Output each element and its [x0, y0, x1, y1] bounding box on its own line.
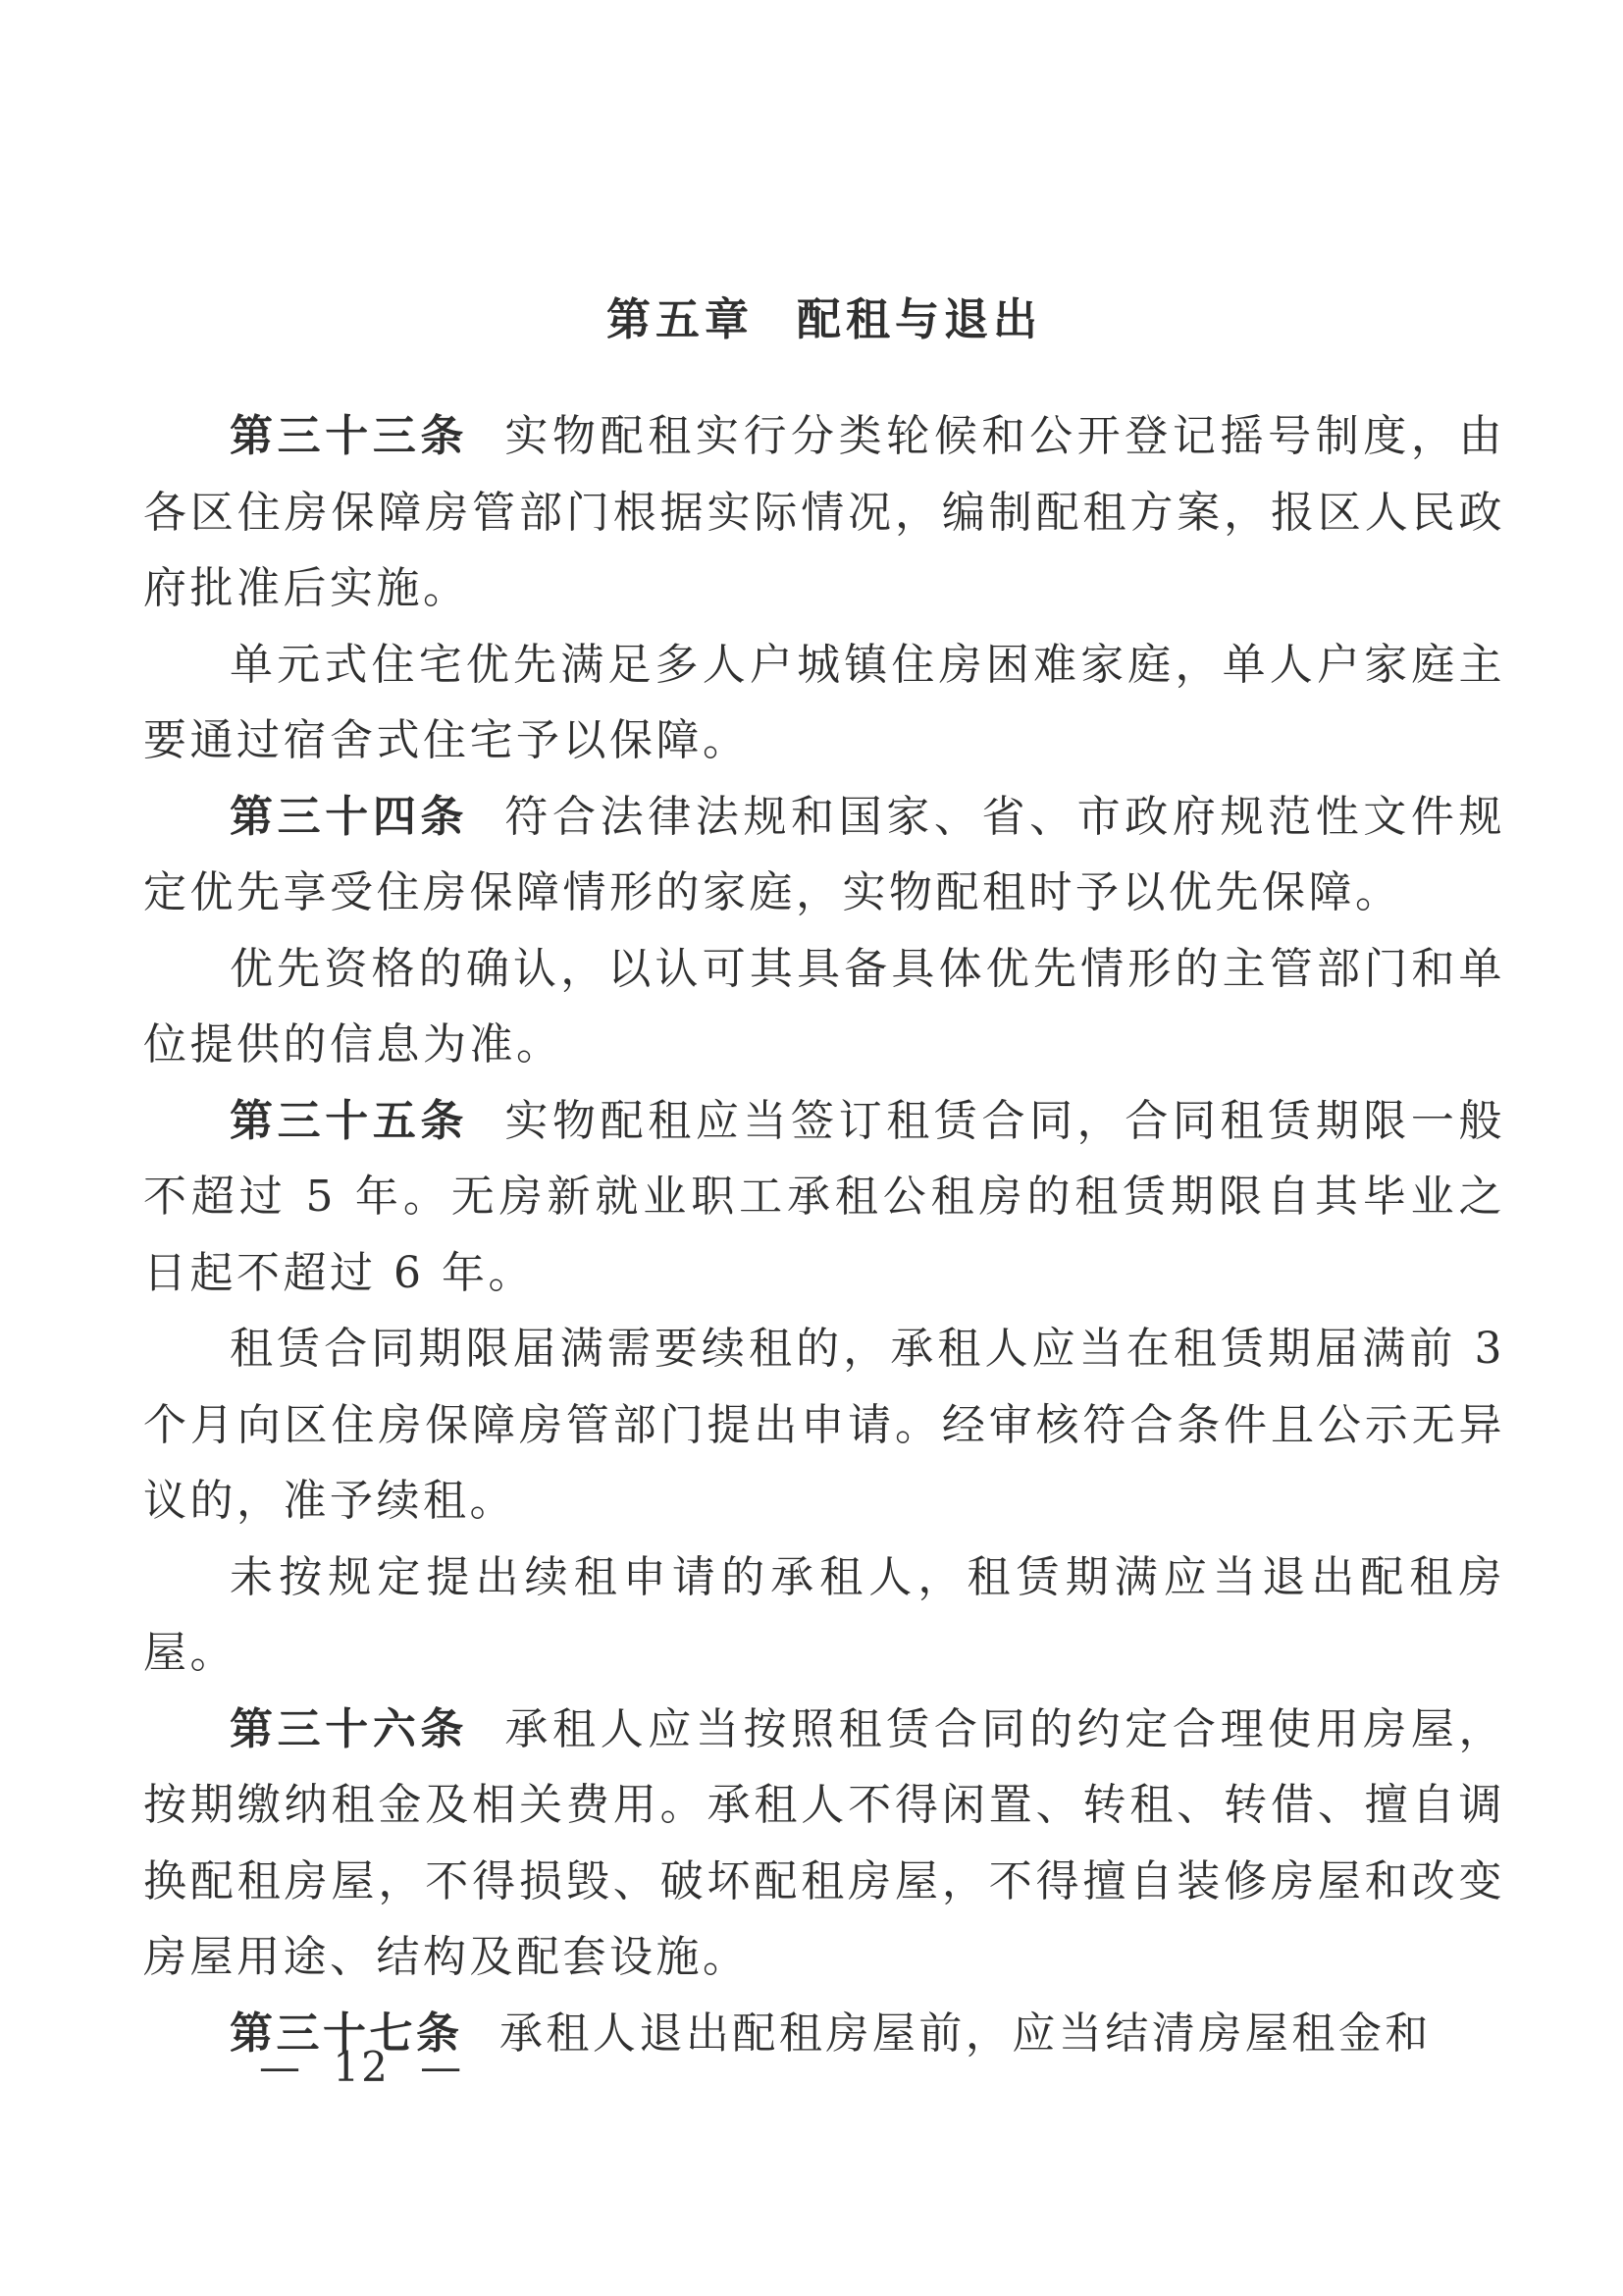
paragraph: 单元式住宅优先满足多人户城镇住房困难家庭，单人户家庭主要通过宿舍式住宅予以保障。: [143, 627, 1505, 779]
page-number: — 12 —: [259, 2043, 463, 2091]
paragraph-article-36: 第三十六条承租人应当按照租赁合同的约定合理使用房屋，按期缴纳租金及相关费用。承租…: [143, 1692, 1505, 1996]
article-number-35: 第三十五条: [230, 1096, 468, 1146]
paragraph-article-33: 第三十三条实物配租实行分类轮候和公开登记摇号制度，由各区住房保障房管部门根据实际…: [143, 398, 1505, 627]
paragraph-article-34: 第三十四条符合法律法规和国家、省、市政府规范性文件规定优先享受住房保障情形的家庭…: [143, 779, 1505, 931]
chapter-number: 第五章: [606, 293, 754, 345]
paragraph-text: 租赁合同期限届满需要续租的，承租人应当在租赁期届满前 3 个月向区住房保障房管部…: [143, 1324, 1505, 1526]
paragraph-text: 承租人退出配租房屋前，应当结清房屋租金和: [499, 2009, 1432, 2059]
paragraph: 租赁合同期限届满需要续租的，承租人应当在租赁期届满前 3 个月向区住房保障房管部…: [143, 1311, 1505, 1539]
article-number-34: 第三十四条: [230, 792, 468, 842]
chapter-title: 第五章配租与退出: [143, 290, 1505, 349]
article-number-33: 第三十三条: [230, 411, 468, 461]
paragraph-article-35: 第三十五条实物配租应当签订租赁合同，合同租赁期限一般不超过 5 年。无房新就业职…: [143, 1083, 1505, 1312]
article-number-36: 第三十六条: [230, 1704, 468, 1754]
paragraph-text: 单元式住宅优先满足多人户城镇住房困难家庭，单人户家庭主要通过宿舍式住宅予以保障。: [143, 640, 1505, 766]
document-page: 第五章配租与退出 第三十三条实物配租实行分类轮候和公开登记摇号制度，由各区住房保…: [0, 0, 1623, 2296]
paragraph: 未按规定提出续租申请的承租人，租赁期满应当退出配租房屋。: [143, 1539, 1505, 1692]
paragraph: 优先资格的确认，以认可其具备具体优先情形的主管部门和单位提供的信息为准。: [143, 931, 1505, 1083]
paragraph-text: 优先资格的确认，以认可其具备具体优先情形的主管部门和单位提供的信息为准。: [143, 944, 1505, 1070]
page-number-label: — 12 —: [259, 2043, 463, 2091]
chapter-name: 配租与退出: [797, 293, 1042, 345]
paragraph-text: 未按规定提出续租申请的承租人，租赁期满应当退出配租房屋。: [143, 1552, 1505, 1679]
